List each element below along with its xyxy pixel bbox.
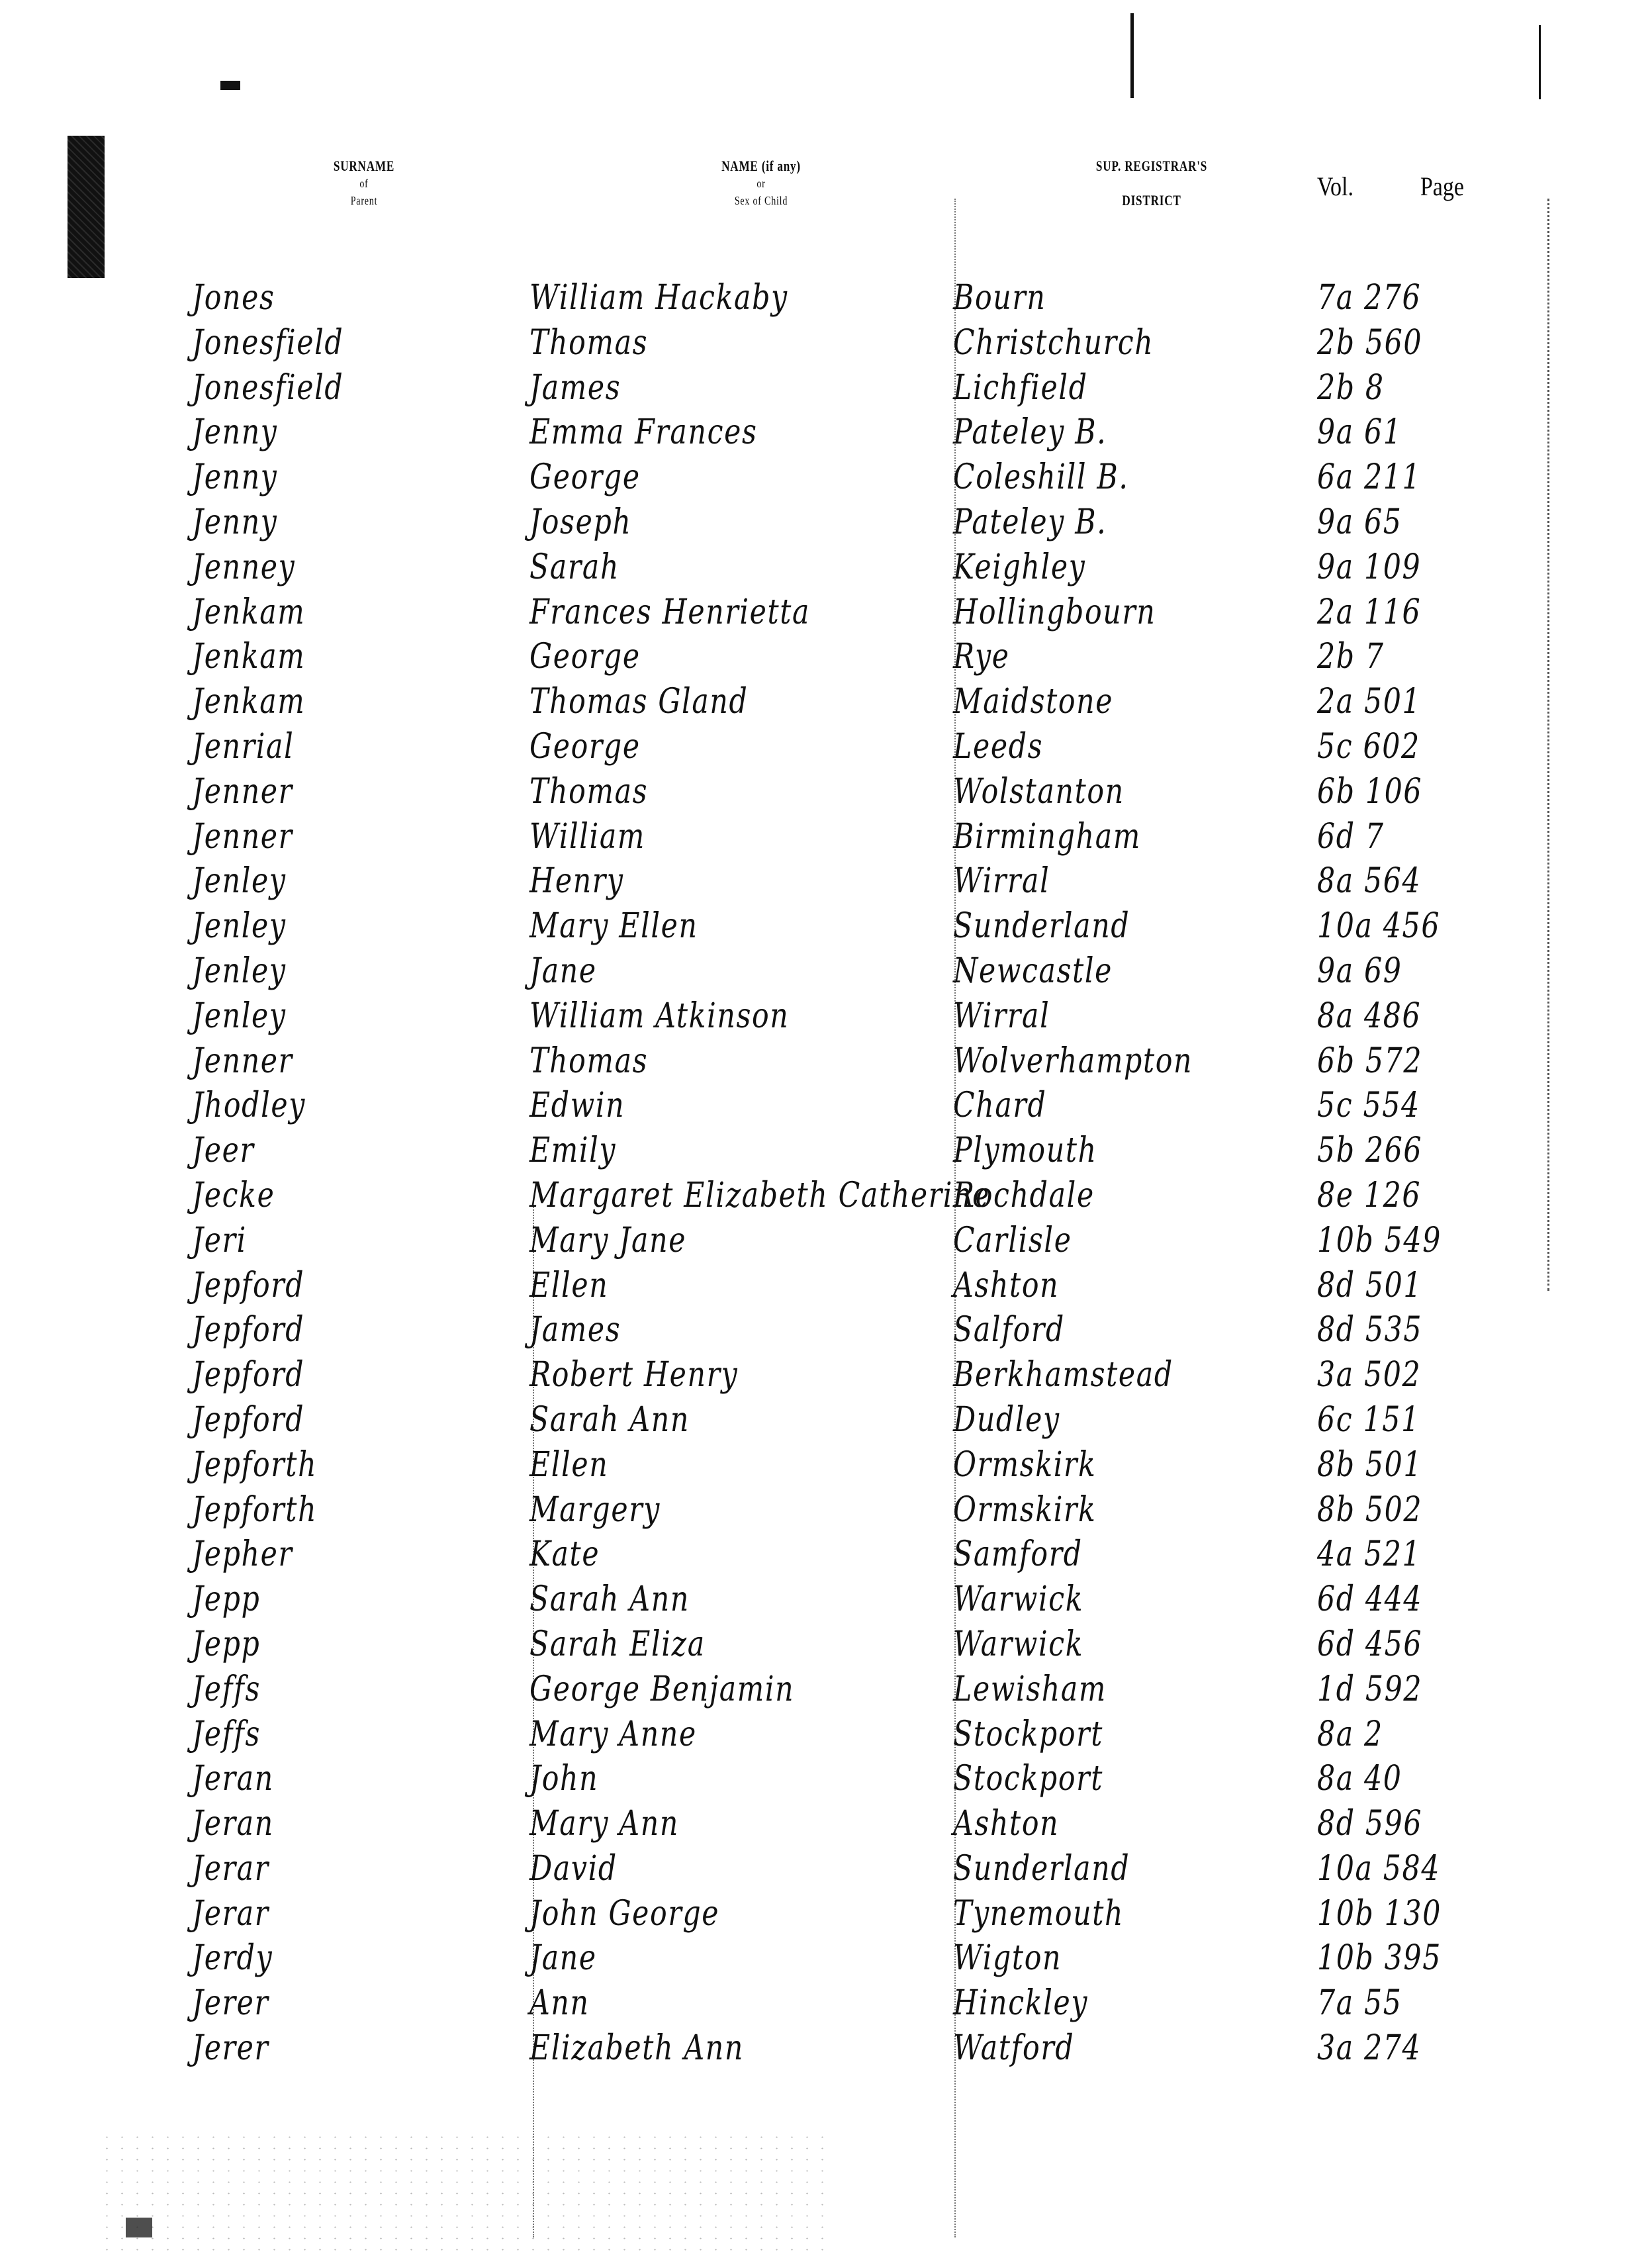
entry-vol-page: 7a 55 xyxy=(1317,1982,1402,2024)
header-surname-line1: SURNAME xyxy=(302,158,426,175)
register-entry-row: JennerThomasWolstanton6b 106 xyxy=(192,771,1555,816)
register-entry-row: JenleyJaneNewcastle9a 69 xyxy=(192,950,1555,995)
entry-vol-page: 5c 602 xyxy=(1317,726,1420,768)
entry-vol-page: 9a 109 xyxy=(1317,546,1421,588)
entry-surname: Jerar xyxy=(192,1848,269,1890)
entry-district: Sunderland xyxy=(953,1848,1130,1890)
register-entry-row: JonesfieldJamesLichfield2b 8 xyxy=(192,367,1555,412)
entry-district: Birmingham xyxy=(953,816,1141,858)
entry-district: Hollingbourn xyxy=(953,591,1156,634)
register-entry-row: JerarJohn GeorgeTynemouth10b 130 xyxy=(192,1893,1555,1938)
register-entry-row: JenleyWilliam AtkinsonWirral8a 486 xyxy=(192,995,1555,1040)
entry-vol-page: 2a 501 xyxy=(1317,681,1421,723)
entry-district: Ashton xyxy=(953,1264,1059,1307)
register-entry-row: JeppSarah ElizaWarwick6d 456 xyxy=(192,1623,1555,1668)
entry-district: Ashton xyxy=(953,1803,1059,1845)
entry-child-name: James xyxy=(529,1309,621,1351)
entry-surname: Jhodley xyxy=(192,1084,306,1127)
entry-vol-page: 3a 502 xyxy=(1317,1354,1421,1396)
entry-vol-page: 8a 564 xyxy=(1317,860,1421,902)
register-entry-row: JepfordRobert HenryBerkhamstead3a 502 xyxy=(192,1354,1555,1399)
entry-surname: Jeer xyxy=(192,1129,255,1172)
entry-surname: Jenrial xyxy=(192,726,294,768)
entry-child-name: John George xyxy=(529,1893,719,1935)
entry-surname: Jepforth xyxy=(192,1444,317,1486)
register-entry-row: JerarDavidSunderland10a 584 xyxy=(192,1848,1555,1893)
entry-district: Samford xyxy=(953,1533,1083,1575)
entry-surname: Jerer xyxy=(192,2027,269,2069)
entry-district: Bourn xyxy=(953,277,1046,319)
register-entry-row: JennyGeorgeColeshill B.6a 211 xyxy=(192,456,1555,501)
entry-district: Wigton xyxy=(953,1937,1062,1979)
entry-district: Warwick xyxy=(953,1578,1083,1621)
entry-surname: Jerdy xyxy=(192,1937,273,1979)
entry-vol-page: 2b 7 xyxy=(1317,635,1385,678)
register-entry-row: JennyEmma FrancesPateley B.9a 61 xyxy=(192,411,1555,456)
entry-vol-page: 6d 456 xyxy=(1317,1623,1422,1666)
register-entry-row: JeerEmilyPlymouth5b 266 xyxy=(192,1129,1555,1174)
register-entry-row: JepfordJamesSalford8d 535 xyxy=(192,1309,1555,1354)
scan-artifact-mark xyxy=(126,2218,152,2237)
entry-surname: Jenner xyxy=(192,1040,293,1082)
entry-district: Salford xyxy=(953,1309,1065,1351)
entry-child-name: Ellen xyxy=(529,1264,608,1307)
entry-vol-page: 9a 65 xyxy=(1317,501,1402,543)
entry-district: Wirral xyxy=(953,860,1050,902)
register-entry-row: JepfordSarah AnnDudley6c 151 xyxy=(192,1399,1555,1444)
entry-surname: Jonesfield xyxy=(192,367,344,409)
scan-artifact-block xyxy=(68,136,105,278)
header-district: SUP. REGISTRAR'S DISTRICT xyxy=(1069,158,1234,209)
entry-child-name: Mary Jane xyxy=(529,1219,686,1262)
header-name-line1: NAME (if any) xyxy=(684,158,839,175)
entry-child-name: George Benjamin xyxy=(529,1668,794,1711)
entry-vol-page: 8d 596 xyxy=(1317,1803,1422,1845)
entry-child-name: William xyxy=(529,816,645,858)
header-surname-line2: of xyxy=(302,175,426,192)
entry-surname: Jepford xyxy=(192,1309,304,1351)
register-entry-row: JennyJosephPateley B.9a 65 xyxy=(192,501,1555,546)
entry-vol-page: 8a 486 xyxy=(1317,995,1421,1037)
entry-surname: Jenny xyxy=(192,411,278,453)
register-entry-row: JonesfieldThomasChristchurch2b 560 xyxy=(192,322,1555,367)
register-entry-row: JhodleyEdwinChard5c 554 xyxy=(192,1084,1555,1129)
entry-vol-page: 8a 2 xyxy=(1317,1713,1383,1756)
entry-surname: Jepford xyxy=(192,1264,304,1307)
entry-district: Sunderland xyxy=(953,905,1130,947)
entry-vol-page: 9a 61 xyxy=(1317,411,1402,453)
entry-district: Maidstone xyxy=(953,681,1113,723)
entry-vol-page: 6a 211 xyxy=(1317,456,1421,498)
entry-district: Ormskirk xyxy=(953,1444,1096,1486)
entry-surname: Jerer xyxy=(192,1982,269,2024)
entry-vol-page: 2b 560 xyxy=(1317,322,1422,364)
entry-district: Stockport xyxy=(953,1713,1103,1756)
entry-district: Coleshill B. xyxy=(953,456,1129,498)
entry-surname: Jones xyxy=(192,277,275,319)
entry-child-name: Thomas xyxy=(529,771,648,813)
entry-child-name: Robert Henry xyxy=(529,1354,738,1396)
entry-district: Stockport xyxy=(953,1758,1103,1800)
entry-child-name: Sarah Eliza xyxy=(529,1623,706,1666)
entry-district: Keighley xyxy=(953,546,1085,588)
entry-district: Warwick xyxy=(953,1623,1083,1666)
entry-child-name: Mary Anne xyxy=(529,1713,697,1756)
entry-vol-page: 5b 266 xyxy=(1317,1129,1422,1172)
entry-vol-page: 10a 456 xyxy=(1317,905,1440,947)
register-entry-row: JepforthEllenOrmskirk8b 501 xyxy=(192,1444,1555,1489)
entry-vol-page: 10b 395 xyxy=(1317,1937,1442,1979)
entry-child-name: George xyxy=(529,726,641,768)
entry-district: Pateley B. xyxy=(953,411,1107,453)
register-entry-row: JeranJohnStockport8a 40 xyxy=(192,1758,1555,1803)
entry-surname: Jepford xyxy=(192,1399,304,1441)
header-district-line1: SUP. REGISTRAR'S xyxy=(1069,158,1234,175)
entry-child-name: Thomas xyxy=(529,1040,648,1082)
header-vol: Vol. xyxy=(1317,171,1354,202)
entry-district: Hinckley xyxy=(953,1982,1088,2024)
entry-district: Christchurch xyxy=(953,322,1154,364)
entry-surname: Jenny xyxy=(192,456,278,498)
entry-child-name: William Hackaby xyxy=(529,277,788,319)
entry-vol-page: 2b 8 xyxy=(1317,367,1385,409)
entry-child-name: Kate xyxy=(529,1533,600,1575)
entry-vol-page: 6d 444 xyxy=(1317,1578,1422,1621)
entry-vol-page: 2a 116 xyxy=(1317,591,1421,634)
entry-vol-page: 8e 126 xyxy=(1317,1174,1421,1217)
entry-child-name: Joseph xyxy=(529,501,631,543)
entry-district: Lichfield xyxy=(953,367,1088,409)
entry-surname: Jeffs xyxy=(192,1668,261,1711)
entry-district: Chard xyxy=(953,1084,1046,1127)
entry-vol-page: 8a 40 xyxy=(1317,1758,1402,1800)
entry-surname: Jenner xyxy=(192,816,293,858)
entry-district: Watford xyxy=(953,2027,1074,2069)
register-entry-row: JeckeMargaret Elizabeth CatherineRochdal… xyxy=(192,1174,1555,1219)
entry-child-name: Ellen xyxy=(529,1444,608,1486)
register-entry-row: JenneySarahKeighley9a 109 xyxy=(192,546,1555,591)
entry-vol-page: 6c 151 xyxy=(1317,1399,1420,1441)
register-entry-row: JererElizabeth AnnWatford3a 274 xyxy=(192,2027,1555,2072)
entry-vol-page: 5c 554 xyxy=(1317,1084,1420,1127)
entry-child-name: Jane xyxy=(529,1937,597,1979)
entry-surname: Jeri xyxy=(192,1219,247,1262)
margin-rule-line xyxy=(1130,13,1134,98)
entry-vol-page: 4a 521 xyxy=(1317,1533,1421,1575)
header-name-line3: Sex of Child xyxy=(684,192,839,209)
register-entry-row: JenkamFrances HenriettaHollingbourn2a 11… xyxy=(192,591,1555,636)
entry-vol-page: 6b 106 xyxy=(1317,771,1422,813)
entry-vol-page: 8b 501 xyxy=(1317,1444,1422,1486)
entry-child-name: George xyxy=(529,635,641,678)
entry-child-name: Thomas Gland xyxy=(529,681,748,723)
entry-vol-page: 8b 502 xyxy=(1317,1489,1422,1531)
entry-district: Dudley xyxy=(953,1399,1060,1441)
header-page: Page xyxy=(1420,171,1464,202)
entry-surname: Jenney xyxy=(192,546,295,588)
entry-child-name: James xyxy=(529,367,621,409)
entry-surname: Jenley xyxy=(192,905,287,947)
entry-vol-page: 8d 535 xyxy=(1317,1309,1422,1351)
entry-district: Rochdale xyxy=(953,1174,1095,1217)
entry-child-name: Margaret Elizabeth Catherine xyxy=(529,1174,990,1217)
entry-district: Wirral xyxy=(953,995,1050,1037)
entry-district: Rye xyxy=(953,635,1010,678)
register-entry-row: JeffsGeorge BenjaminLewisham1d 592 xyxy=(192,1668,1555,1713)
entry-vol-page: 6b 572 xyxy=(1317,1040,1422,1082)
header-surname-line3: Parent xyxy=(302,192,426,209)
register-entries: JonesWilliam HackabyBourn7a 276Jonesfiel… xyxy=(192,277,1555,2072)
entry-vol-page: 7a 276 xyxy=(1317,277,1421,319)
register-entry-row: JepherKateSamford4a 521 xyxy=(192,1533,1555,1578)
entry-surname: Jenkam xyxy=(192,681,305,723)
entry-child-name: Mary Ellen xyxy=(529,905,698,947)
entry-child-name: George xyxy=(529,456,641,498)
entry-surname: Jenkam xyxy=(192,591,305,634)
register-entry-row: JenkamGeorgeRye2b 7 xyxy=(192,635,1555,681)
entry-district: Lewisham xyxy=(953,1668,1107,1711)
register-entry-row: JeffsMary AnneStockport8a 2 xyxy=(192,1713,1555,1758)
register-entry-row: JepfordEllenAshton8d 501 xyxy=(192,1264,1555,1309)
entry-surname: Jepp xyxy=(192,1578,260,1621)
register-entry-row: JererAnnHinckley7a 55 xyxy=(192,1982,1555,2027)
entry-surname: Jepford xyxy=(192,1354,304,1396)
entry-surname: Jeran xyxy=(192,1803,274,1845)
entry-district: Plymouth xyxy=(953,1129,1097,1172)
entry-child-name: Jane xyxy=(529,950,597,992)
register-entry-row: JonesWilliam HackabyBourn7a 276 xyxy=(192,277,1555,322)
entry-surname: Jerar xyxy=(192,1893,269,1935)
entry-child-name: David xyxy=(529,1848,618,1890)
entry-surname: Jeran xyxy=(192,1758,274,1800)
entry-surname: Jecke xyxy=(192,1174,275,1217)
entry-child-name: Sarah Ann xyxy=(529,1399,690,1441)
entry-child-name: Mary Ann xyxy=(529,1803,679,1845)
entry-vol-page: 8d 501 xyxy=(1317,1264,1422,1307)
register-entry-row: JeriMary JaneCarlisle10b 549 xyxy=(192,1219,1555,1264)
entry-district: Wolstanton xyxy=(953,771,1124,813)
register-entry-row: JepforthMargeryOrmskirk8b 502 xyxy=(192,1489,1555,1534)
entry-child-name: Margery xyxy=(529,1489,661,1531)
entry-vol-page: 3a 274 xyxy=(1317,2027,1421,2069)
entry-child-name: Emily xyxy=(529,1129,616,1172)
entry-surname: Jenkam xyxy=(192,635,305,678)
entry-child-name: Emma Frances xyxy=(529,411,758,453)
entry-child-name: Sarah Ann xyxy=(529,1578,690,1621)
entry-district: Carlisle xyxy=(953,1219,1072,1262)
margin-rule-line xyxy=(1539,25,1541,99)
header-district-line2: DISTRICT xyxy=(1069,192,1234,209)
entry-child-name: Elizabeth Ann xyxy=(529,2027,744,2069)
entry-child-name: Ann xyxy=(529,1982,590,2024)
register-entry-row: JeppSarah AnnWarwick6d 444 xyxy=(192,1578,1555,1623)
entry-child-name: William Atkinson xyxy=(529,995,789,1037)
entry-district: Pateley B. xyxy=(953,501,1107,543)
entry-child-name: Thomas xyxy=(529,322,648,364)
header-name-line2: or xyxy=(684,175,839,192)
entry-surname: Jepp xyxy=(192,1623,260,1666)
register-entry-row: JenleyMary EllenSunderland10a 456 xyxy=(192,905,1555,950)
register-entry-row: JenkamThomas GlandMaidstone2a 501 xyxy=(192,681,1555,726)
entry-surname: Jepher xyxy=(192,1533,293,1575)
entry-district: Newcastle xyxy=(953,950,1113,992)
entry-district: Berkhamstead xyxy=(953,1354,1173,1396)
entry-district: Tynemouth xyxy=(953,1893,1124,1935)
entry-child-name: Frances Henrietta xyxy=(529,591,810,634)
register-entry-row: JennerWilliamBirmingham6d 7 xyxy=(192,816,1555,861)
entry-vol-page: 10b 130 xyxy=(1317,1893,1442,1935)
entry-surname: Jenner xyxy=(192,771,293,813)
entry-vol-page: 1d 592 xyxy=(1317,1668,1422,1711)
entry-surname: Jenley xyxy=(192,860,287,902)
entry-district: Wolverhampton xyxy=(953,1040,1193,1082)
scan-noise xyxy=(99,2132,827,2251)
entry-vol-page: 9a 69 xyxy=(1317,950,1402,992)
entry-surname: Jeffs xyxy=(192,1713,261,1756)
entry-child-name: John xyxy=(529,1758,598,1800)
register-entry-row: JeranMary AnnAshton8d 596 xyxy=(192,1803,1555,1848)
entry-surname: Jonesfield xyxy=(192,322,344,364)
entry-child-name: Edwin xyxy=(529,1084,625,1127)
entry-surname: Jepforth xyxy=(192,1489,317,1531)
entry-vol-page: 10b 549 xyxy=(1317,1219,1442,1262)
register-entry-row: JenrialGeorgeLeeds5c 602 xyxy=(192,726,1555,771)
entry-vol-page: 6d 7 xyxy=(1317,816,1385,858)
entry-child-name: Henry xyxy=(529,860,624,902)
entry-surname: Jenny xyxy=(192,501,278,543)
register-entry-row: JenleyHenryWirral8a 564 xyxy=(192,860,1555,905)
entry-district: Ormskirk xyxy=(953,1489,1096,1531)
header-surname: SURNAME of Parent xyxy=(302,158,426,209)
entry-vol-page: 10a 584 xyxy=(1317,1848,1440,1890)
header-name: NAME (if any) or Sex of Child xyxy=(684,158,839,209)
entry-child-name: Sarah xyxy=(529,546,619,588)
entry-district: Leeds xyxy=(953,726,1043,768)
register-entry-row: JennerThomasWolverhampton6b 572 xyxy=(192,1040,1555,1085)
entry-surname: Jenley xyxy=(192,950,287,992)
register-entry-row: JerdyJaneWigton10b 395 xyxy=(192,1937,1555,1982)
scan-artifact-mark xyxy=(220,81,240,90)
entry-surname: Jenley xyxy=(192,995,287,1037)
